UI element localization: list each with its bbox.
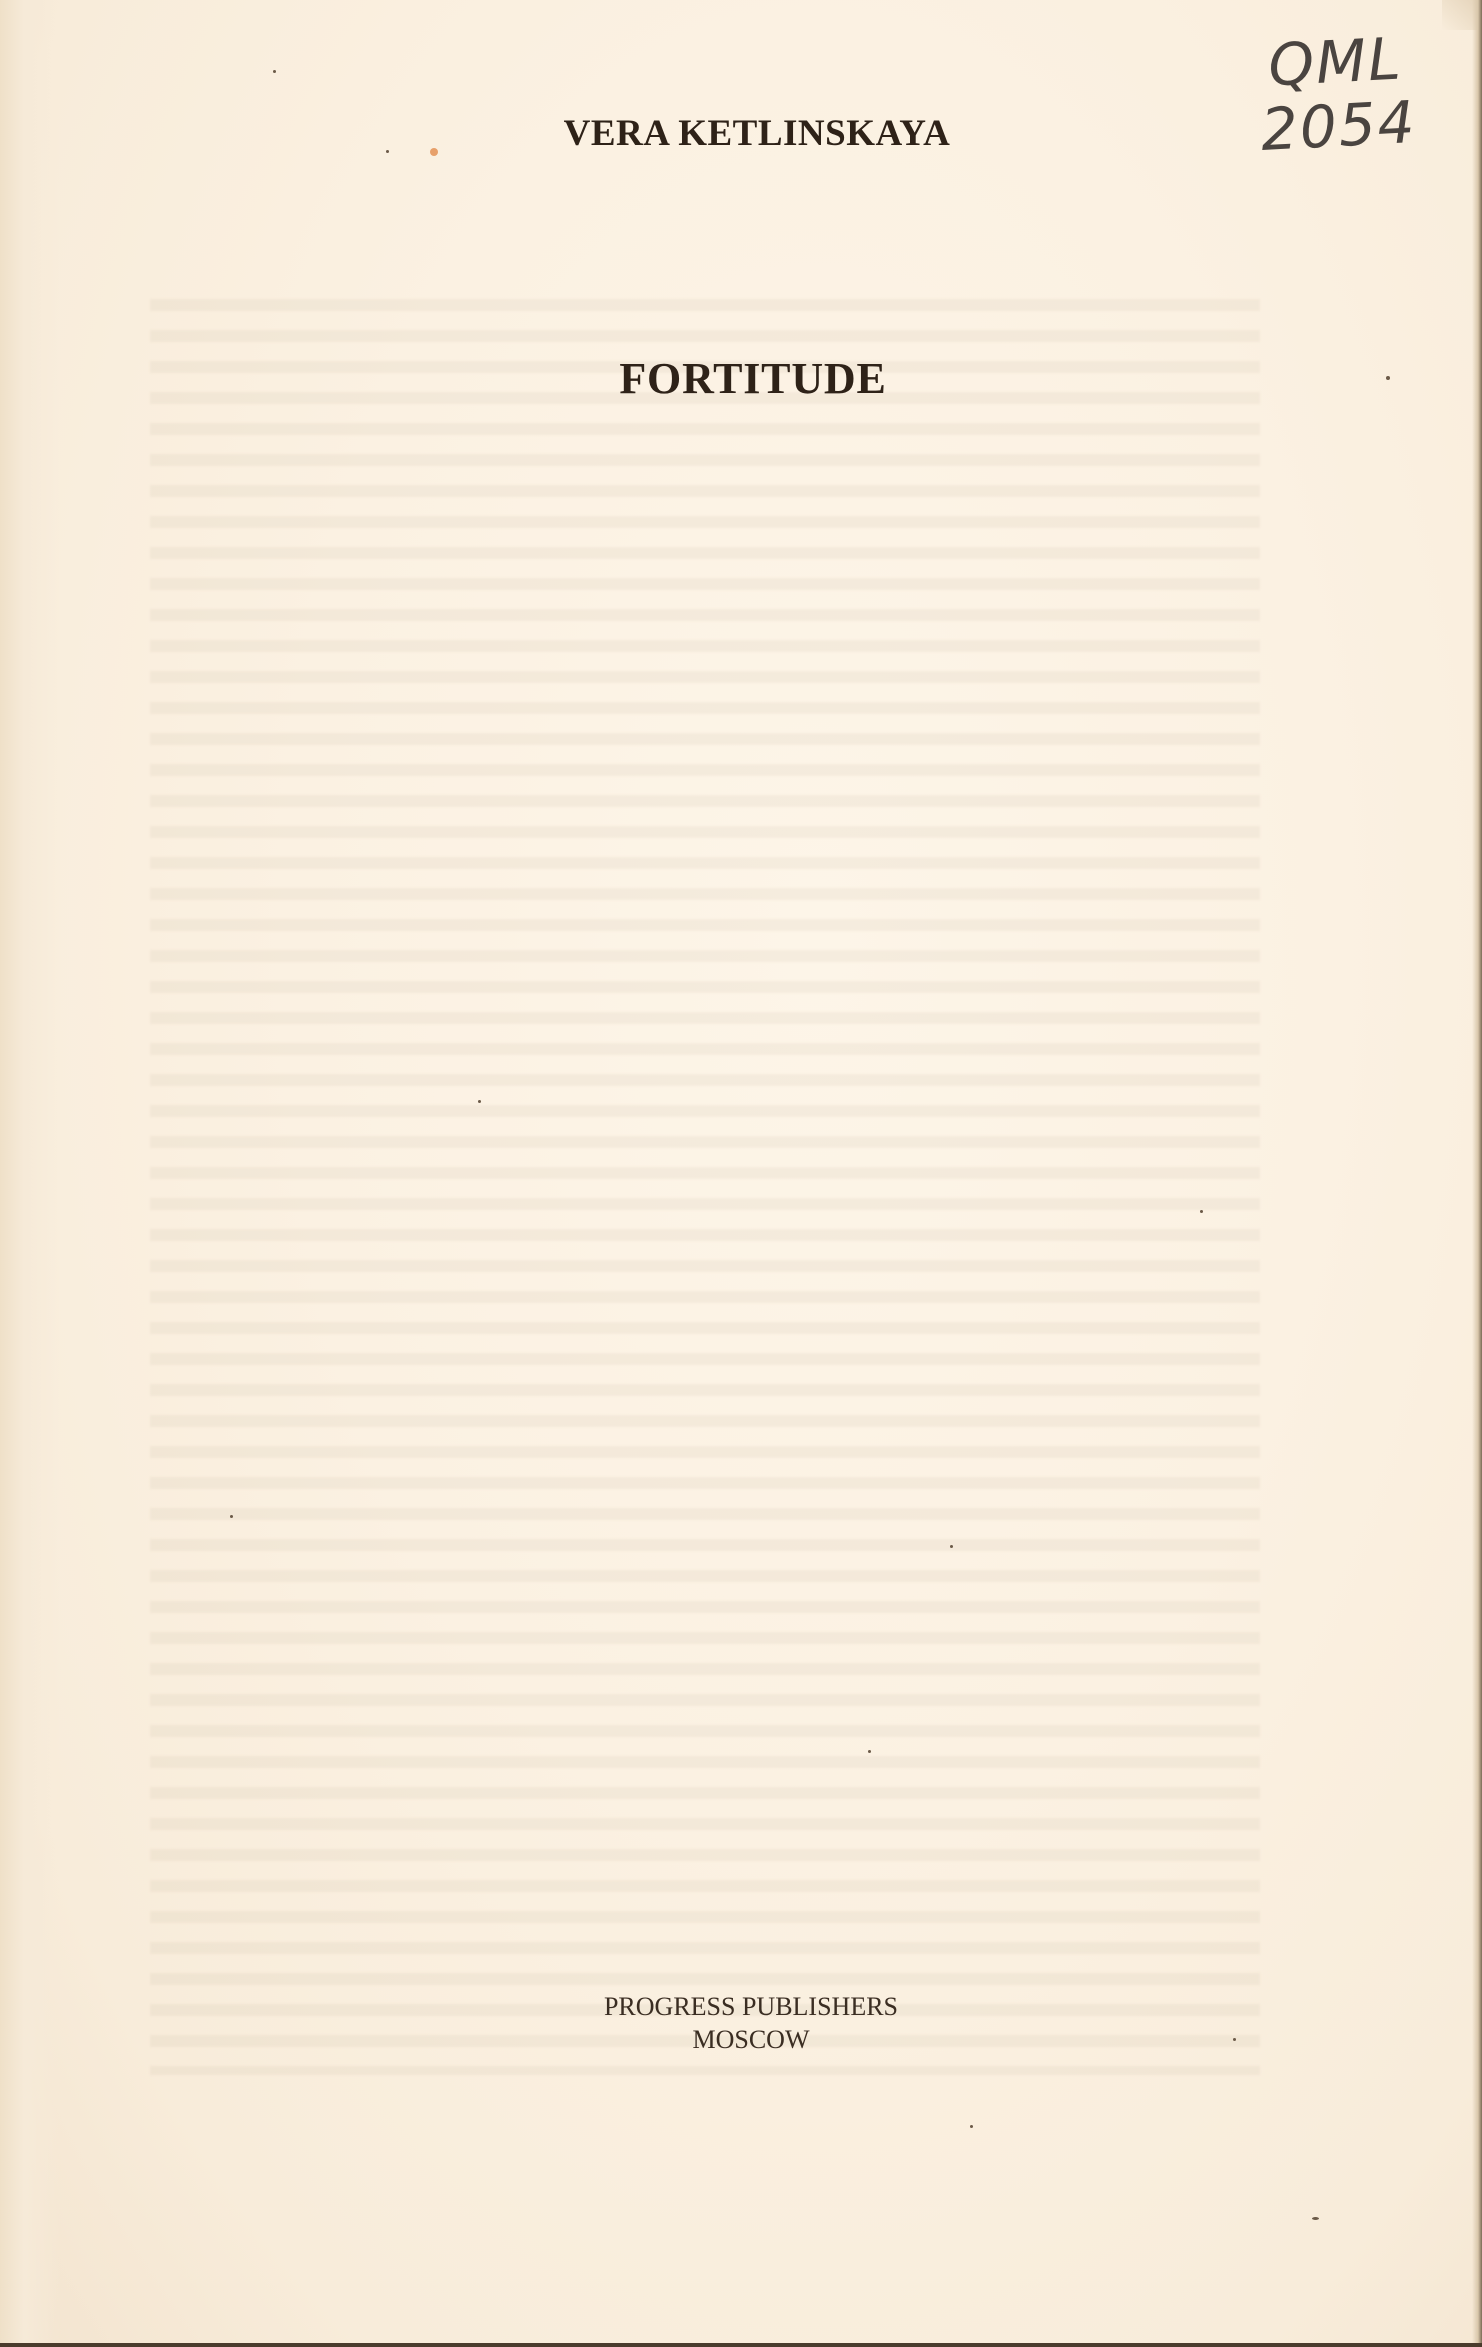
publisher-city: MOSCOW [10, 2023, 1482, 2056]
paper-speck [1200, 1210, 1203, 1213]
show-through-text-texture [150, 285, 1260, 2075]
paper-speck [1312, 2217, 1319, 2220]
publisher-name: PROGRESS PUBLISHERS [10, 1990, 1482, 2023]
book-title-page: QML 2054 VERA KETLINSKAYA FORTITUDE PROG… [0, 0, 1482, 2347]
paper-speck [868, 1750, 871, 1753]
paper-speck [970, 2125, 973, 2128]
paper-speck [478, 1100, 481, 1103]
book-title: FORTITUDE [0, 353, 1482, 404]
paper-speck [950, 1545, 953, 1548]
paper-speck [230, 1515, 233, 1518]
author-name: VERA KETLINSKAYA [0, 112, 1482, 155]
paper-speck [273, 70, 276, 73]
publisher-imprint: PROGRESS PUBLISHERS MOSCOW [0, 1990, 1482, 2056]
page-bottom-edge [0, 2343, 1482, 2347]
